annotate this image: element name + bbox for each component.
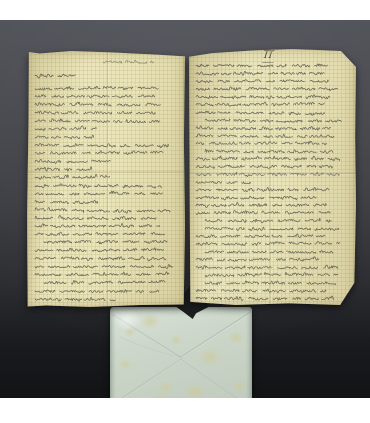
- handwriting-stroke: [196, 64, 327, 67]
- handwriting-stroke: [35, 135, 94, 139]
- handwriting-stroke: [196, 265, 338, 269]
- handwriting-stroke: [35, 264, 172, 268]
- envelope-flap-crease-lines: [110, 307, 252, 398]
- handwriting-stroke: [196, 134, 334, 138]
- handwriting-stroke: [35, 207, 170, 213]
- handwriting-stroke: [35, 126, 96, 131]
- handwriting-stroke: [205, 272, 338, 277]
- handwriting-stroke: [196, 126, 331, 130]
- handwriting-stroke: [121, 338, 182, 357]
- handwriting-stroke: [181, 313, 249, 357]
- handwriting-stroke: [44, 280, 165, 284]
- handwriting-stroke: [196, 172, 339, 176]
- handwriting-stroke: [120, 337, 181, 357]
- handwriting-stroke: [196, 296, 334, 300]
- handwriting-stroke: [205, 119, 341, 123]
- envelope-back: [110, 307, 252, 398]
- handwriting-stroke: [196, 210, 330, 214]
- handwriting-stroke: [196, 102, 324, 106]
- handwriting-stroke: [196, 289, 326, 293]
- handwriting-stroke: [196, 187, 329, 191]
- handwriting-stroke: [35, 119, 160, 123]
- handwriting-stroke: [196, 111, 325, 115]
- handwriting-stroke: [196, 141, 327, 144]
- handwriting-stroke: [196, 165, 332, 169]
- photo-backdrop: II: [0, 20, 370, 398]
- handwriting-stroke: [35, 151, 163, 155]
- handwriting-stroke: [205, 251, 333, 254]
- letter-page-2-paper: II: [189, 49, 356, 306]
- handwriting-stroke: [196, 156, 340, 161]
- handwriting-stroke: [44, 240, 167, 244]
- photo-of-handwritten-letter-and-envelope: II: [0, 0, 370, 423]
- handwriting-stroke: [35, 74, 75, 78]
- handwriting-stroke: [35, 191, 163, 195]
- handwriting-stroke: [113, 359, 181, 398]
- handwriting-stroke: [182, 359, 250, 398]
- handwriting-stroke: [196, 71, 324, 75]
- handwriting-stroke: [205, 281, 336, 285]
- white-margin-top: [0, 0, 370, 20]
- handwriting-page-2: [189, 49, 356, 306]
- handwriting-stroke: [196, 257, 319, 262]
- handwriting-stroke: [35, 159, 110, 163]
- handwriting-stroke: [35, 95, 155, 98]
- handwriting-stroke: [35, 298, 115, 302]
- handwriting-stroke: [205, 149, 333, 153]
- handwriting-stroke: [35, 232, 164, 235]
- handwriting-stroke: [103, 60, 153, 63]
- handwriting-stroke: [196, 196, 316, 200]
- handwriting-stroke: [35, 223, 160, 227]
- handwriting-stroke: [35, 111, 155, 114]
- handwriting-stroke: [114, 316, 182, 357]
- handwriting-stroke: [196, 80, 328, 83]
- handwriting-stroke: [35, 257, 166, 261]
- handwriting-stroke: [35, 200, 98, 204]
- handwriting-stroke: [196, 95, 330, 99]
- handwriting-stroke: [35, 167, 92, 171]
- handwriting-stroke: [196, 242, 340, 246]
- handwriting-stroke: [196, 181, 251, 183]
- handwriting-stroke: [35, 248, 164, 252]
- handwriting-stroke: [35, 290, 159, 293]
- handwriting-stroke: [181, 359, 249, 398]
- handwriting-stroke: [35, 184, 161, 189]
- handwriting-stroke: [182, 314, 250, 357]
- letter-page-1-paper: [27, 51, 185, 307]
- letter-page-2: II: [189, 49, 356, 306]
- handwriting-stroke: [35, 86, 158, 90]
- handwriting-stroke: [196, 234, 325, 238]
- handwriting-stroke: [35, 216, 156, 220]
- handwriting-stroke: [205, 227, 339, 231]
- handwriting-stroke: [205, 218, 331, 223]
- white-margin-bottom: [0, 398, 370, 423]
- letter-page-1: [27, 51, 185, 307]
- handwriting-stroke: [35, 144, 168, 148]
- handwriting-stroke: [196, 203, 326, 208]
- handwriting-stroke: [35, 102, 160, 106]
- handwriting-stroke: [196, 87, 338, 91]
- handwriting-stroke: [35, 174, 110, 179]
- handwriting-page-1: [27, 51, 185, 307]
- handwriting-stroke: [35, 272, 169, 276]
